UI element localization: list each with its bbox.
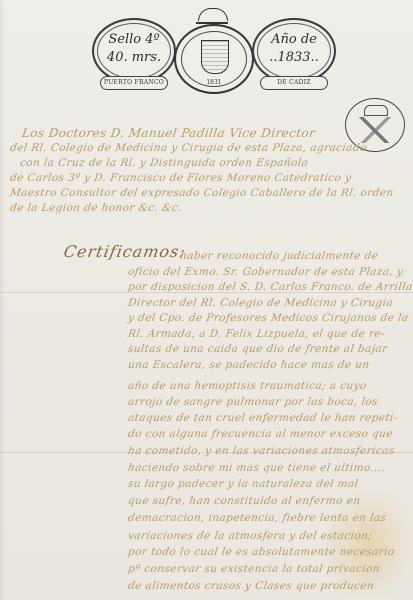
stamp-right-oval: Año de ..1833.. [252,18,336,84]
body-line: de alimentos crasos y Clases que produce… [127,580,375,592]
royal-seal: 1831 [174,24,254,94]
intro-line: Los Doctores D. Manuel Padilla Vice Dire… [21,126,316,140]
paper-edge-shadow [0,0,5,600]
body-line: haber reconocido judicialmente de [179,250,379,262]
stamp-ribbon-right: DE CADIZ [260,76,328,90]
intro-line: con la Cruz de la Rl. y Distinguida orde… [19,157,309,169]
seal-year: 1831 [176,79,252,86]
stamp-left-oval: Sello 4º 40. mrs. [92,18,176,84]
certificamos-heading: Certificamos: [62,242,187,261]
body-line: ha cometido, y en las variaciones atmosf… [127,445,395,457]
body-line: y del Cpo. de Profesores Medicos Cirujan… [127,312,409,324]
body-line: por disposicion del S. D. Carlos Franco.… [127,281,413,293]
body-line: una Escalera, se padecido hace mas de un [127,359,370,371]
body-line: Rl. Armada, a D. Felix Lizpuela, el que … [127,328,386,340]
crown-icon [196,6,228,24]
body-line: arrojo de sangre pulmonar por las boca, … [127,396,379,408]
body-line: que sufre, han constituido al enfermo en [127,495,361,507]
body-line: demacracion, inapetencia, fiebre lenta e… [127,512,387,524]
stamp-value-label: 40. mrs. [94,50,174,65]
body-line: do con alguna frecuencia al menor exceso… [127,428,394,440]
crossed-keys-icon [358,117,392,143]
body-line: su largo padecer y la naturaleza del mal [127,478,359,490]
revenue-stamp: Sello 4º 40. mrs. 1831 Año de ..1833.. P… [92,6,332,96]
stamp-ribbon-left: PUERTO FRANCO [100,76,168,90]
scanned-document-page: Sello 4º 40. mrs. 1831 Año de ..1833.. P… [0,0,413,600]
body-line: oficio del Exmo. Sr. Gobernador de esta … [127,266,404,278]
crown-icon [364,105,388,116]
stamp-year-label: Año de [254,32,334,47]
stamp-year-value: ..1833.. [254,50,334,65]
body-line: Director del Rl. Colegio de Medicina y C… [127,297,394,309]
intro-line: Maestro Consultor del expresado Colegio … [9,187,394,199]
body-line: pª conservar su existencia la total priv… [127,563,381,575]
body-line: año de una hemoptisis traumatica; a cuyo [127,380,367,392]
body-line: por todo lo cual le es absolutamente nec… [127,546,395,558]
body-line: haciendo sobre mi mas que tiene el ultim… [127,462,386,474]
coat-of-arms-icon [201,40,229,74]
intro-line: del Rl. Colegio de Medicina y Cirugia de… [9,142,367,154]
intro-line: de la Legion de honor &c. &c. [9,202,182,214]
stamp-sello-label: Sello 4º [94,32,174,47]
intro-line: de Carlos 3º y D. Francisco de Flores Mo… [9,172,352,184]
body-line: ataques de tan cruel enfermedad le han r… [127,412,398,424]
body-line: sultas de una caida que dio de frente al… [127,343,388,355]
body-line: variaciones de la atmosfera y del estaci… [127,530,373,542]
